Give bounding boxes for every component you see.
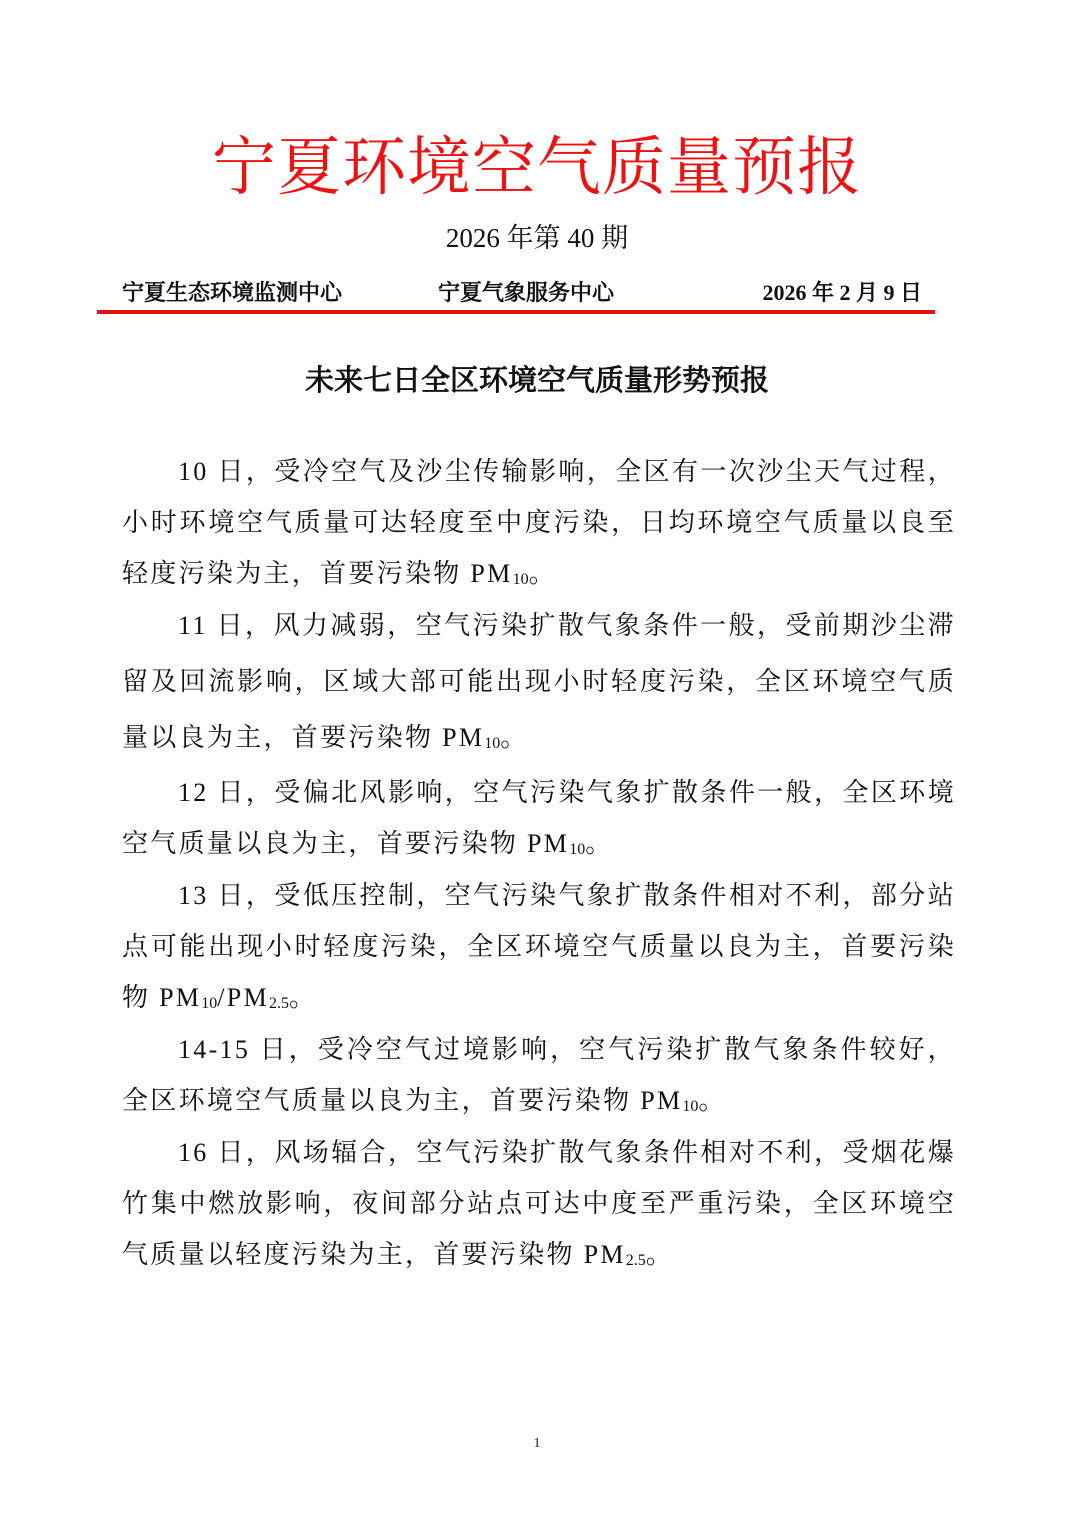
masthead-title: 宁夏环境空气质量预报: [0, 128, 1074, 208]
document-page: 宁夏环境空气质量预报 2026 年第 40 期 宁夏生态环境监测中心 宁夏气象服…: [0, 0, 1074, 1520]
publisher-monitoring-center: 宁夏生态环境监测中心: [122, 276, 342, 310]
publisher-meteorological-center: 宁夏气象服务中心: [438, 276, 614, 310]
forecast-body: 10 日，受冷空气及沙尘传输影响，全区有一次沙尘天气过程，小时环境空气质量可达轻…: [122, 446, 956, 1281]
publish-date: 2026 年 2 月 9 日: [762, 276, 922, 310]
forecast-paragraph-11: 11 日，风力减弱，空气污染扩散气象条件一般，受前期沙尘滞留及回流影响，区域大部…: [122, 598, 956, 766]
page-number: 1: [0, 1434, 1074, 1454]
issue-number: 2026 年第 40 期: [0, 220, 1074, 256]
masthead-divider: [97, 310, 935, 314]
forecast-paragraph-10: 10 日，受冷空气及沙尘传输影响，全区有一次沙尘天气过程，小时环境空气质量可达轻…: [122, 446, 956, 599]
forecast-paragraph-13: 13 日，受低压控制，空气污染气象扩散条件相对不利，部分站点可能出现小时轻度污染…: [122, 870, 956, 1023]
forecast-paragraph-12: 12 日，受偏北风影响，空气污染气象扩散条件一般，全区环境空气质量以良为主，首要…: [122, 767, 956, 869]
forecast-paragraph-16: 16 日，风场辐合，空气污染扩散气象条件相对不利，受烟花爆竹集中燃放影响，夜间部…: [122, 1127, 956, 1280]
forecast-paragraph-14-15: 14-15 日，受冷空气过境影响，空气污染扩散气象条件较好，全区环境空气质量以良…: [122, 1024, 956, 1126]
section-title: 未来七日全区环境空气质量形势预报: [0, 360, 1074, 400]
publisher-row: 宁夏生态环境监测中心 宁夏气象服务中心 2026 年 2 月 9 日: [122, 276, 922, 310]
